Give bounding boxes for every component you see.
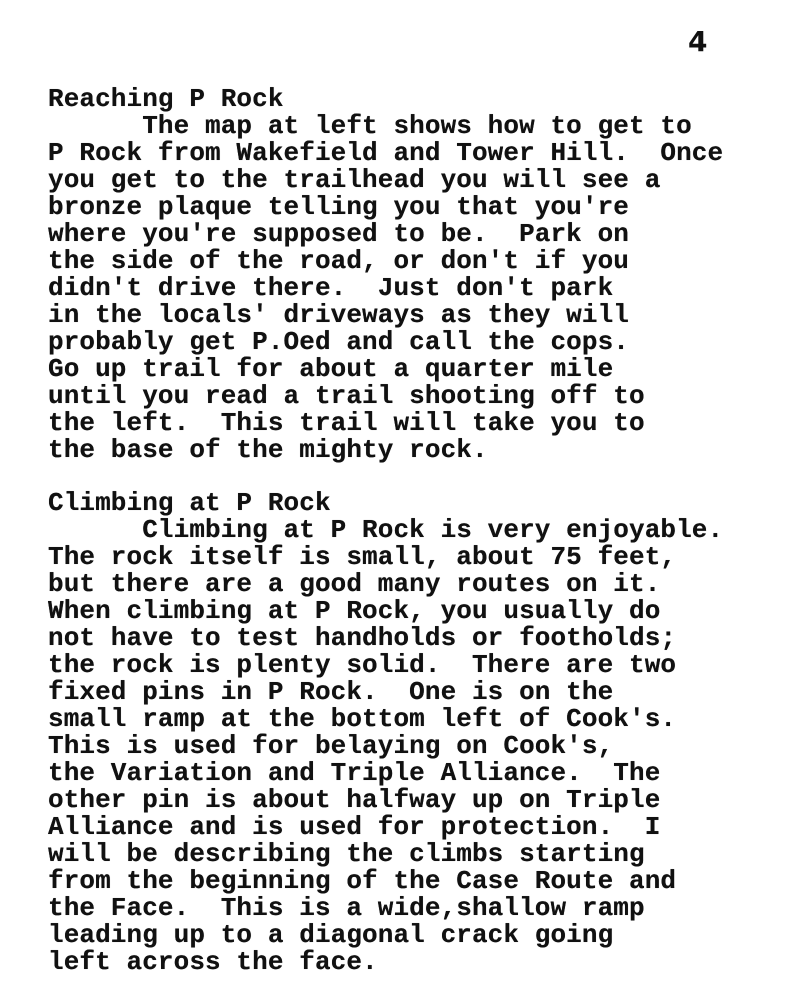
section-climbing-at-p-rock: Climbing at P Rock Climbing at P Rock is… xyxy=(48,490,788,976)
paragraph-line: the Variation and Triple Alliance. The xyxy=(48,760,788,787)
paragraph-line: P Rock from Wakefield and Tower Hill. On… xyxy=(48,140,788,167)
paragraph-line: in the locals' driveways as they will xyxy=(48,302,788,329)
paragraph-line: Go up trail for about a quarter mile xyxy=(48,356,788,383)
page-number: 4 xyxy=(688,28,707,56)
paragraph-line: but there are a good many routes on it. xyxy=(48,571,788,598)
section-reaching-p-rock: Reaching P Rock The map at left shows ho… xyxy=(48,86,788,464)
paragraph-line: small ramp at the bottom left of Cook's. xyxy=(48,706,788,733)
paragraph-line: from the beginning of the Case Route and xyxy=(48,868,788,895)
paragraph-line: where you're supposed to be. Park on xyxy=(48,221,788,248)
paragraph-line: fixed pins in P Rock. One is on the xyxy=(48,679,788,706)
paragraph-line: you get to the trailhead you will see a xyxy=(48,167,788,194)
paragraph-line: the rock is plenty solid. There are two xyxy=(48,652,788,679)
paragraph-line: left across the face. xyxy=(48,949,788,976)
paragraph-line: until you read a trail shooting off to xyxy=(48,383,788,410)
section-heading: Climbing at P Rock xyxy=(48,490,788,517)
paragraph-line: the Face. This is a wide,shallow ramp xyxy=(48,895,788,922)
paragraph-line: This is used for belaying on Cook's, xyxy=(48,733,788,760)
paragraph-line: leading up to a diagonal crack going xyxy=(48,922,788,949)
paragraph-line: probably get P.Oed and call the cops. xyxy=(48,329,788,356)
paragraph-line: Alliance and is used for protection. I xyxy=(48,814,788,841)
paragraph-line: When climbing at P Rock, you usually do xyxy=(48,598,788,625)
paragraph-line: bronze plaque telling you that you're xyxy=(48,194,788,221)
paragraph-line: the left. This trail will take you to xyxy=(48,410,788,437)
section-heading: Reaching P Rock xyxy=(48,86,788,113)
paragraph-line: not have to test handholds or footholds; xyxy=(48,625,788,652)
paragraph-line: will be describing the climbs starting xyxy=(48,841,788,868)
paragraph-line: the side of the road, or don't if you xyxy=(48,248,788,275)
paragraph-line: didn't drive there. Just don't park xyxy=(48,275,788,302)
paragraph-line: other pin is about halfway up on Triple xyxy=(48,787,788,814)
paragraph-line: The rock itself is small, about 75 feet, xyxy=(48,544,788,571)
paragraph-line: the base of the mighty rock. xyxy=(48,437,788,464)
paragraph-line: The map at left shows how to get to xyxy=(48,113,788,140)
paragraph-line: Climbing at P Rock is very enjoyable. xyxy=(48,517,788,544)
